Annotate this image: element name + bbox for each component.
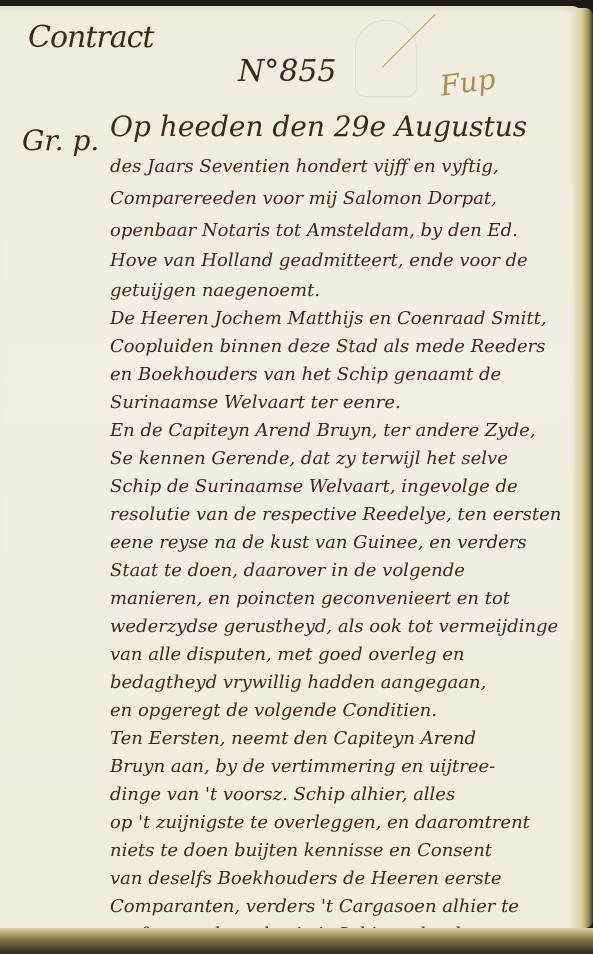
text-line: van alle disputen, met goed overleg en — [110, 644, 464, 665]
text-line: bedagtheyd vrywillig hadden aangegaan, — [110, 672, 486, 693]
text-line: Staat te doen, daarover in de volgende — [110, 560, 465, 581]
text-line: manieren, en poincten geconvenieert en t… — [110, 588, 510, 609]
text-line: en opgeregt de volgende Conditien. — [110, 700, 437, 721]
text-line: Ten Eersten, neemt den Capiteyn Arend — [110, 728, 476, 749]
text-line: op 't zuijnigste te overleggen, en daaro… — [110, 812, 530, 833]
text-line: Schip de Surinaamse Welvaart, ingevolge … — [110, 476, 518, 497]
text-line: niets te doen buijten kennisse en Consen… — [110, 840, 492, 861]
text-line: dinge van 't voorsz. Schip alhier, alles — [110, 784, 455, 805]
document-heading: Contract — [28, 20, 153, 55]
text-line: wederzydse gerustheyd, als ook tot verme… — [110, 616, 558, 637]
text-line: Hove van Holland geadmitteert, ende voor… — [110, 250, 528, 271]
text-line: des Jaars Seventien hondert vijff en vyf… — [110, 156, 499, 177]
text-line: Comparereeden voor mij Salomon Dorpat, — [110, 188, 497, 209]
text-line: openbaar Notaris tot Amsteldam, by den E… — [110, 220, 518, 241]
book-bottom-edge — [0, 928, 593, 954]
text-line: Bruyn aan, by de vertimmering en uijtree… — [110, 756, 495, 777]
text-line: getuijgen naegenoemt. — [110, 280, 320, 301]
watermark-stamp — [355, 20, 417, 97]
text-line: eene reyse na de kust van Guinee, en ver… — [110, 532, 527, 553]
manuscript-page: Contract N°855 Fup Gr. p. Op heeden den … — [0, 6, 582, 936]
text-line: resolutie van de respective Reedelye, te… — [110, 504, 561, 525]
text-line: Coopluiden binnen deze Stad als mede Ree… — [110, 336, 546, 357]
page-edge — [575, 8, 593, 928]
text-line: De Heeren Jochem Matthijs en Coenraad Sm… — [110, 308, 547, 329]
text-line: Surinaamse Welvaart ter eenre. — [110, 392, 401, 413]
text-line: en Boekhouders van het Schip genaamt de — [110, 364, 501, 385]
margin-note: Gr. p. — [22, 124, 99, 157]
text-line: En de Capiteyn Arend Bruyn, ter andere Z… — [110, 420, 536, 441]
pencil-annotation: Fup — [438, 62, 497, 102]
text-line: van deselfs Boekhouders de Heeren eerste — [110, 868, 502, 889]
contract-number: N°855 — [238, 54, 337, 89]
text-line: Comparanten, verders 't Cargasoen alhier… — [110, 896, 519, 917]
text-line: Se kennen Gerende, dat zy terwijl het se… — [110, 448, 508, 469]
opening-line: Op heeden den 29e Augustus — [110, 110, 527, 143]
